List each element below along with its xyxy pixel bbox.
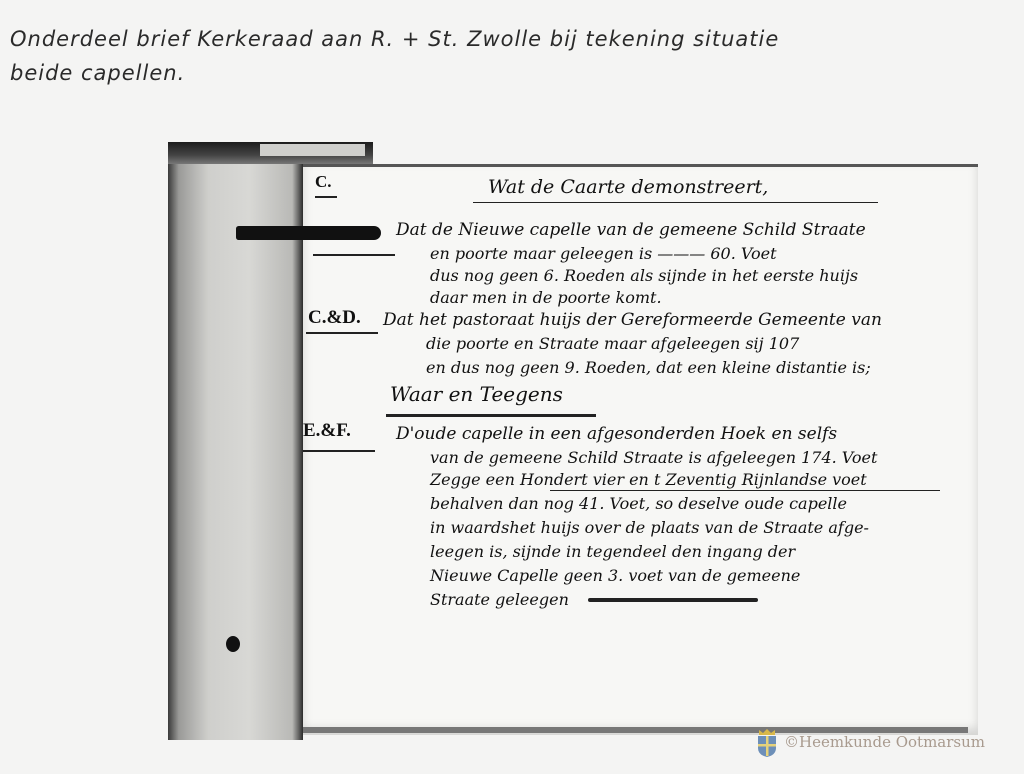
binding-hole [226, 636, 240, 652]
document-photo: C. Wat de Caarte demonstreert, A & B. Da… [168, 142, 968, 740]
ink-bar-mark [236, 226, 381, 240]
entry-ef-line-8: Straate geleegen [430, 590, 569, 609]
entry-label-cd: C.&D. [308, 307, 361, 329]
document-heading: Wat de Caarte demonstreert, [488, 176, 768, 198]
entry-ab-line-2: en poorte maar geleegen is ——— 60. Voet [430, 244, 777, 263]
entry-cd-line-2: die poorte en Straate maar afgeleegen si… [426, 334, 799, 353]
entry-ef-line-1: D'oude capelle in een afgesonderden Hoek… [396, 424, 837, 444]
entry-ef-line-2: van de gemeene Schild Straate is afgelee… [430, 448, 877, 467]
entry-ab-line-4: daar men in de poorte komt. [430, 288, 662, 307]
entry-ef-line-5: in waardshet huijs over de plaats van de… [430, 518, 869, 537]
entry-ab-label-underline [313, 254, 395, 256]
heading-underline [473, 202, 878, 203]
entry-ab-line-3: dus nog geen 6. Roeden als sijnde in het… [430, 266, 858, 285]
entry-ef-label-underline [303, 450, 375, 452]
watermark-text: ©Heemkunde Ootmarsum [784, 733, 985, 751]
entry-ef-line-7: Nieuwe Capelle geen 3. voet van de gemee… [430, 566, 800, 585]
entry-ef-line-4: behalven dan nog 41. Voet, so deselve ou… [430, 494, 847, 513]
subheading: Waar en Teegens [390, 382, 563, 406]
entry-cd-line-3: en dus nog geen 9. Roeden, dat een klein… [426, 358, 871, 377]
subheading-underline [386, 414, 596, 417]
section-marker-underline [315, 196, 337, 198]
entry-cd-line-1: Dat het pastoraat huijs der Gereformeerd… [383, 310, 882, 330]
caption-line-1: Onderdeel brief Kerkeraad aan R. + St. Z… [10, 22, 1020, 56]
handwritten-caption: Onderdeel brief Kerkeraad aan R. + St. Z… [10, 22, 1020, 90]
entry-ab-line-1: Dat de Nieuwe capelle van de gemeene Sch… [396, 220, 866, 240]
caption-line-2: beide capellen. [10, 56, 1020, 90]
entry-ef-underline [550, 490, 940, 491]
entry-label-ef: E.&F. [303, 420, 351, 442]
coat-of-arms-icon [756, 728, 778, 756]
section-marker: C. [315, 172, 332, 192]
entry-ef-line-6: leegen is, sijnde in tegendeel den ingan… [430, 542, 795, 561]
watermark: ©Heemkunde Ootmarsum [756, 727, 985, 757]
entry-ef-line-3: Zegge een Hondert vier en t Zeventig Rij… [430, 470, 867, 489]
strip-top-highlight [260, 144, 365, 156]
entry-label-ab: A & B. [333, 218, 336, 219]
entry-cd-label-underline [306, 332, 378, 334]
closing-flourish [588, 598, 758, 602]
